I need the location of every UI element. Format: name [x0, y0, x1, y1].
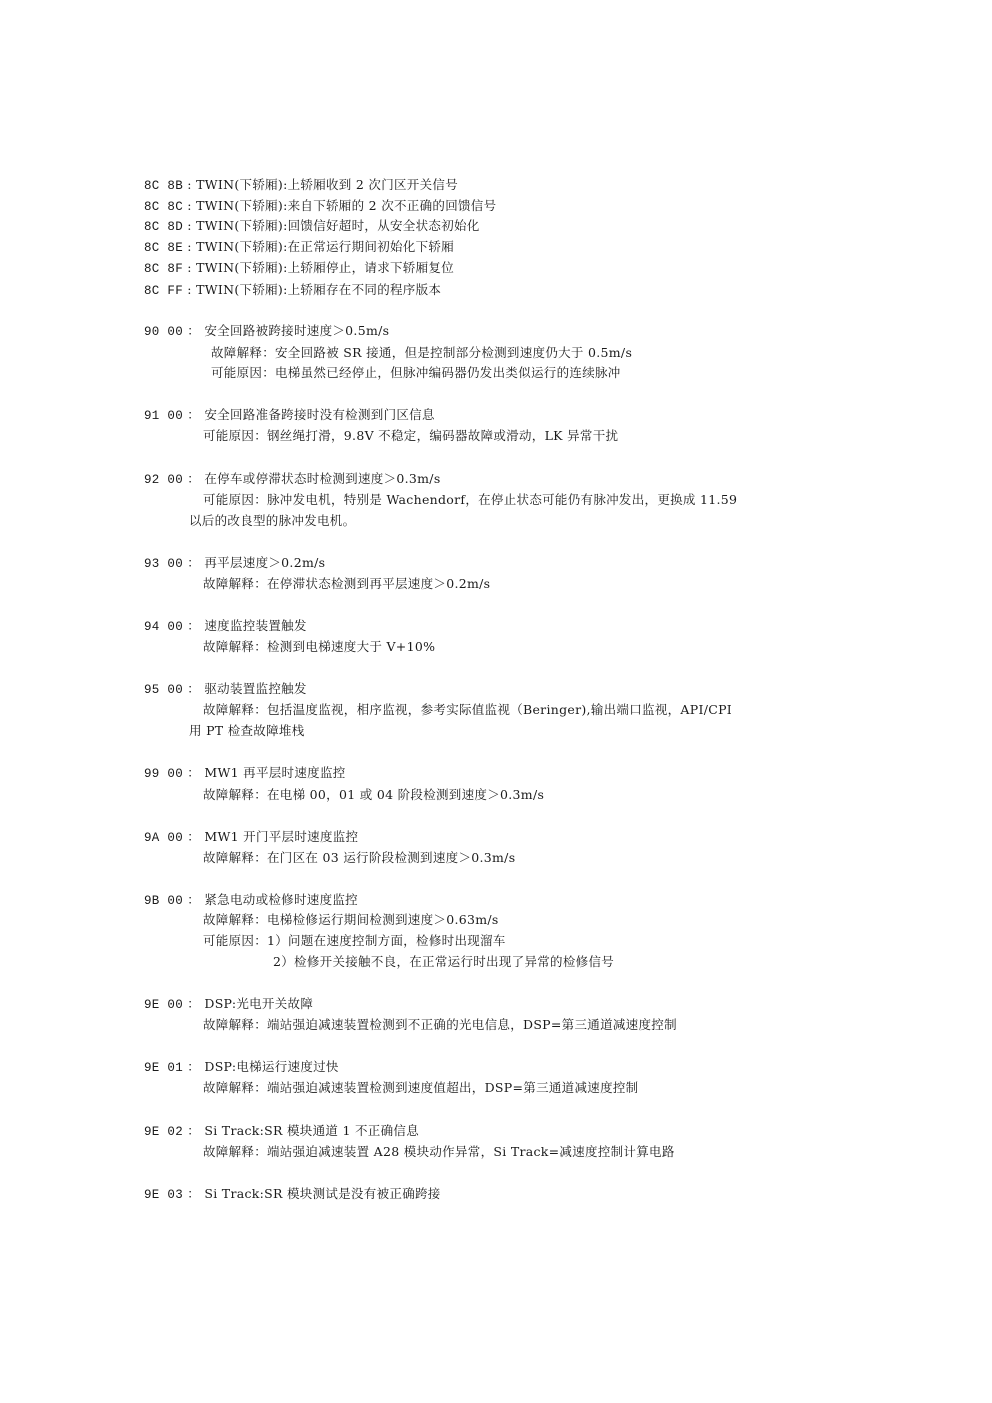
code-line: 8C 8D : TWIN(下轿厢):回馈信好超时，从安全状态初始化 — [144, 218, 480, 235]
fault-heading: 91 00 ： 安全回路准备跨接时没有检测到门区信息 — [144, 407, 435, 424]
fault-cause: 可能原因：1）问题在速度控制方面，检修时出现溜车 — [203, 933, 506, 949]
code-line: 8C 8F : TWIN(下轿厢):上轿厢停止，请求下轿厢复位 — [144, 260, 454, 277]
fault-heading: 95 00 ： 驱动装置监控触发 — [144, 681, 307, 698]
fault-explanation: 故障解释：在门区在 03 运行阶段检测到速度＞0.3m/s — [203, 850, 515, 866]
fault-cause: 可能原因：脉冲发电机，特别是 Wachendorf，在停止状态可能仍有脉冲发出，… — [203, 492, 737, 508]
fault-cause-continued: 以后的改良型的脉冲发电机。 — [189, 513, 355, 529]
code-line: 8C FF : TWIN(下轿厢):上轿厢存在不同的程序版本 — [144, 282, 441, 299]
fault-explanation: 故障解释：检测到电梯速度大于 V+10% — [203, 639, 435, 655]
fault-heading: 9E 03 ： Si Track:SR 模块测试是没有被正确跨接 — [144, 1186, 441, 1203]
fault-explanation: 故障解释：包括温度监视，相序监视，参考实际值监视（Beringer),输出端口监… — [203, 702, 732, 718]
fault-explanation: 故障解释：在电梯 00，01 或 04 阶段检测到速度＞0.3m/s — [203, 787, 544, 803]
fault-heading: 9A 00 ： MW1 开门平层时速度监控 — [144, 829, 358, 846]
fault-heading: 94 00 ： 速度监控装置触发 — [144, 618, 307, 635]
fault-heading: 99 00 ： MW1 再平层时速度监控 — [144, 765, 346, 782]
fault-explanation: 故障解释：安全回路被 SR 接通，但是控制部分检测到速度仍大于 0.5m/s — [211, 345, 632, 361]
fault-heading: 90 00 ： 安全回路被跨接时速度＞0.5m/s — [144, 323, 389, 340]
code-line: 8C 8C : TWIN(下轿厢):来自下轿厢的 2 次不正确的回馈信号 — [144, 198, 496, 215]
fault-explanation: 故障解释：端站强迫减速装置检测到速度值超出，DSP=第三通道减速度控制 — [203, 1080, 638, 1096]
fault-cause: 可能原因：电梯虽然已经停止，但脉冲编码器仍发出类似运行的连续脉冲 — [211, 365, 621, 381]
fault-explanation: 故障解释：端站强迫减速装置检测到不正确的光电信息，DSP=第三通道减速度控制 — [203, 1017, 677, 1033]
fault-explanation-continued: 用 PT 检查故障堆栈 — [189, 723, 305, 739]
fault-heading: 92 00 ： 在停车或停滞状态时检测到速度＞0.3m/s — [144, 471, 441, 488]
fault-heading: 9E 00 ： DSP:光电开关故障 — [144, 996, 313, 1013]
fault-cause-item: 2）检修开关接触不良，在正常运行时出现了异常的检修信号 — [273, 954, 614, 970]
code-line: 8C 8B : TWIN(下轿厢):上轿厢收到 2 次门区开关信号 — [144, 177, 458, 194]
fault-cause: 可能原因：钢丝绳打滑，9.8V 不稳定，编码器故障或滑动，LK 异常干扰 — [203, 428, 618, 444]
fault-heading: 93 00 ： 再平层速度＞0.2m/s — [144, 555, 325, 572]
code-line: 8C 8E : TWIN(下轿厢):在正常运行期间初始化下轿厢 — [144, 239, 454, 256]
fault-explanation: 故障解释：电梯检修运行期间检测到速度＞0.63m/s — [203, 912, 499, 928]
fault-heading: 9E 01 ： DSP:电梯运行速度过快 — [144, 1059, 339, 1076]
fault-explanation: 故障解释：在停滞状态检测到再平层速度＞0.2m/s — [203, 576, 490, 592]
fault-heading: 9E 02 ： Si Track:SR 模块通道 1 不正确信息 — [144, 1123, 419, 1140]
fault-heading: 9B 00 ： 紧急电动或检修时速度监控 — [144, 892, 358, 909]
fault-explanation: 故障解释：端站强迫减速装置 A28 模块动作异常，Si Track=减速度控制计… — [203, 1144, 675, 1160]
